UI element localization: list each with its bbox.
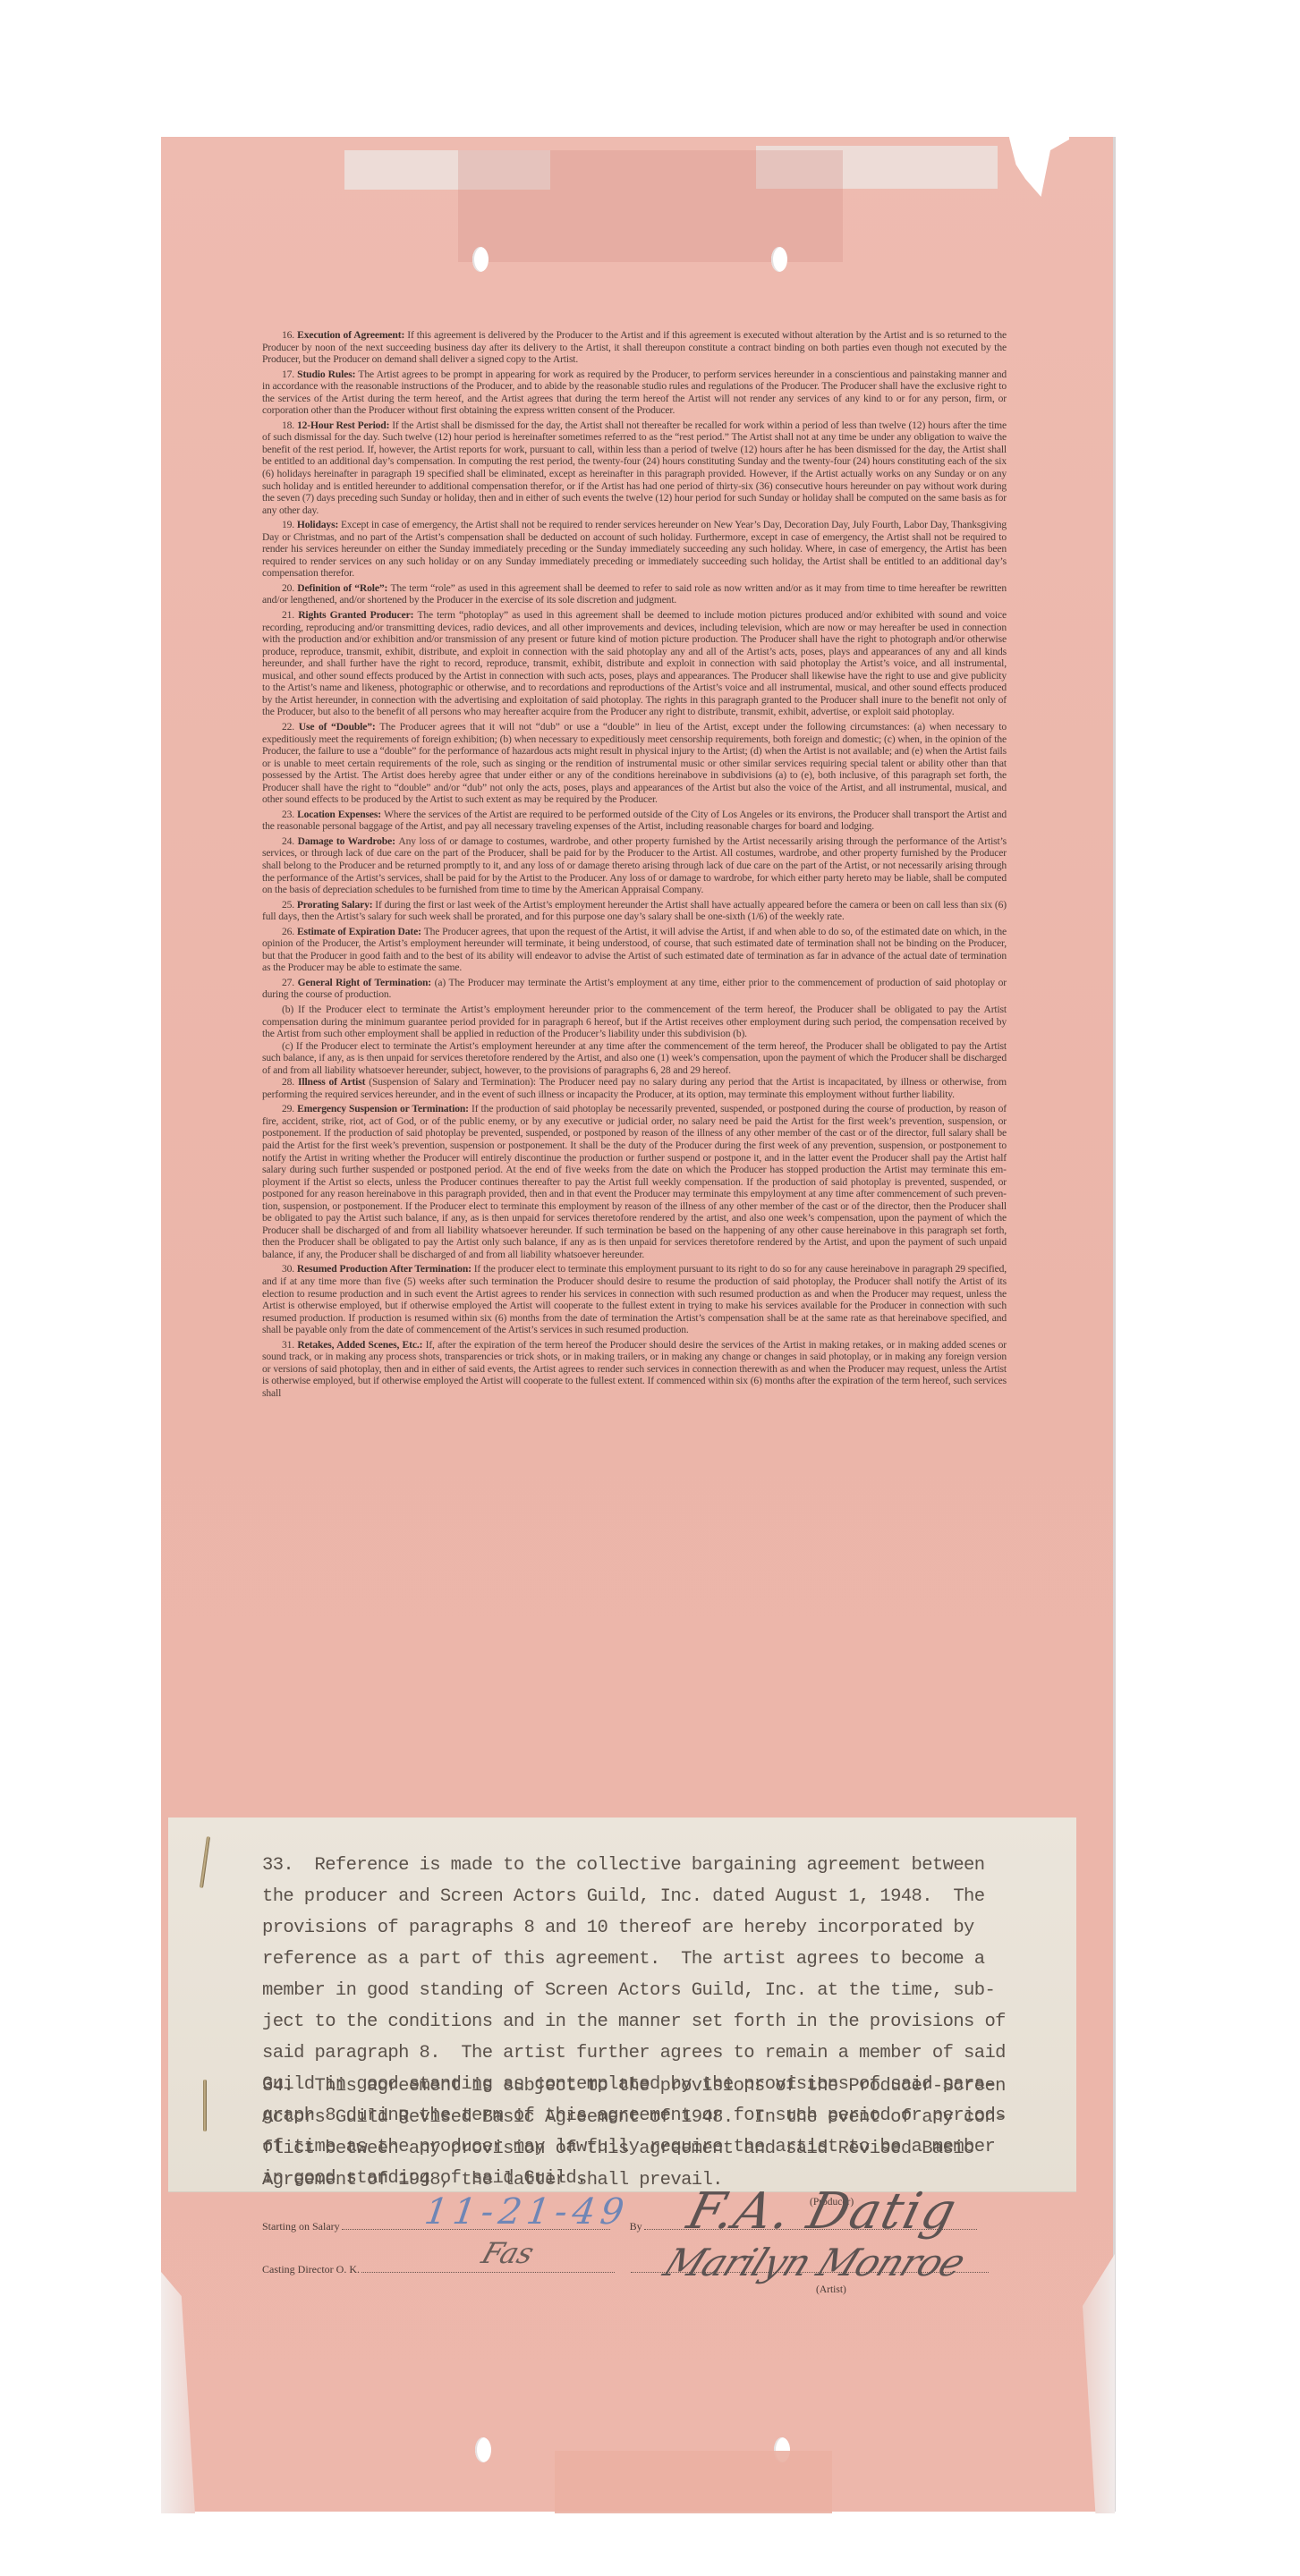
clause-number: 27. [282, 977, 298, 988]
clause-number: 22. [282, 721, 299, 733]
clause-21: 21. Rights Granted Producer: The term “p… [262, 609, 1007, 718]
clause-heading: Resumed Production After Termination: [297, 1263, 474, 1275]
artist-caption: (Artist) [816, 2284, 846, 2295]
clause-23: 23. Location Expenses: Where the service… [262, 809, 1007, 833]
clause-number: 25. [282, 899, 297, 911]
rider-paragraph-34: 34. This agreement is subject to the pro… [262, 2071, 1054, 2196]
clause-number: 16. [282, 329, 297, 341]
clause-19: 19. Holidays: Except in case of emergenc… [262, 519, 1007, 580]
producer-signature: F.A. Datig [682, 2182, 964, 2241]
clause-20: 20. Definition of “Role”: The term “role… [262, 582, 1007, 606]
clause-31: 31. Retakes, Added Scenes, Etc.: If, aft… [262, 1339, 1007, 1400]
clause-subheading: (Suspension of Salary and Termination): [369, 1076, 540, 1088]
clause-number: 26. [282, 926, 297, 937]
clause-heading: Illness of Artist [298, 1076, 369, 1088]
clause-heading: Holidays: [297, 519, 341, 530]
clause-number: 28. [282, 1076, 298, 1088]
clause-25: 25. Prorating Salary: If during the firs… [262, 899, 1007, 923]
tape-patch [555, 2451, 832, 2513]
by-label: By [630, 2220, 642, 2233]
clause-16: 16. Execution of Agreement: If this agre… [262, 329, 1007, 366]
clause-18: 18. 12-Hour Rest Period: If the Artist s… [262, 419, 1007, 516]
clause-29: 29. Emergency Suspension or Termination:… [262, 1103, 1007, 1260]
clause-number: 31. [282, 1339, 297, 1351]
clause-text: The Producer agrees that it will not “du… [262, 721, 1007, 805]
clause-number: 20. [282, 582, 297, 594]
clause-text: If the production of said photoplay be n… [262, 1103, 1007, 1260]
clause-text: Except in case of emergency, the Artist … [262, 519, 1007, 579]
clause-number: 30. [282, 1263, 297, 1275]
clause-number: 19. [282, 519, 297, 530]
clause-heading: Estimate of Expiration Date: [297, 926, 424, 937]
clause-heading: Retakes, Added Scenes, Etc.: [297, 1339, 425, 1351]
punch-hole [475, 2437, 491, 2462]
handwritten-start-date: 11-21-49 [422, 2191, 632, 2233]
clause-number: 23. [282, 809, 297, 820]
clause-22: 22. Use of “Double”: The Producer agrees… [262, 721, 1007, 806]
clause-28: 28. Illness of Artist (Suspension of Sal… [262, 1076, 1007, 1100]
clause-heading: Rights Granted Producer: [298, 609, 417, 621]
clause-heading: Prorating Salary: [297, 899, 375, 911]
clause-number: 24. [282, 835, 298, 847]
clause-text: The term “photoplay” as used in this agr… [262, 609, 1007, 717]
clause-subdivision: (b) If the Producer elect to terminate t… [262, 1004, 1007, 1040]
clause-26: 26. Estimate of Expiration Date: The Pro… [262, 926, 1007, 974]
clause-30: 30. Resumed Production After Termination… [262, 1263, 1007, 1335]
clause-heading: General Right of Termination: [298, 977, 435, 988]
clause-text: The Artist agrees to be prompt in appear… [262, 369, 1007, 417]
clause-27: 27. General Right of Termination: (a) Th… [262, 977, 1007, 1001]
clause-heading: Damage to Wardrobe: [298, 835, 399, 847]
clause-number: 29. [282, 1103, 297, 1114]
clause-subdivision: (c) If the Producer elect to terminate t… [262, 1040, 1007, 1077]
clause-24: 24. Damage to Wardrobe: Any loss of or d… [262, 835, 1007, 896]
clause-heading: Studio Rules: [297, 369, 358, 380]
artist-signature: Marilyn Monroe [658, 2241, 971, 2284]
starting-on-salary-label: Starting on Salary [262, 2220, 340, 2233]
clause-heading: Use of “Double”: [299, 721, 380, 733]
clause-heading: Location Expenses: [297, 809, 384, 820]
tape-overlay [458, 150, 843, 262]
clause-heading: Emergency Suspension or Termination: [297, 1103, 472, 1114]
casting-director-label: Casting Director O. K. [262, 2263, 360, 2276]
clause-heading: Definition of “Role”: [297, 582, 390, 594]
dotted-line [361, 2271, 615, 2273]
staple [203, 2080, 207, 2131]
clause-number: 18. [282, 419, 297, 431]
punch-hole [771, 247, 787, 272]
clause-number: 17. [282, 369, 297, 380]
casting-director-initials: Fas [478, 2236, 539, 2270]
clause-text: If the Artist shall be dismissed for the… [262, 419, 1007, 516]
clause-number: 21. [282, 609, 298, 621]
printed-clauses: 16. Execution of Agreement: If this agre… [262, 329, 1007, 1402]
clause-heading: 12-Hour Rest Period: [297, 419, 392, 431]
punch-hole [472, 247, 489, 272]
clause-heading: Execution of Agreement: [297, 329, 407, 341]
clause-17: 17. Studio Rules: The Artist agrees to b… [262, 369, 1007, 417]
